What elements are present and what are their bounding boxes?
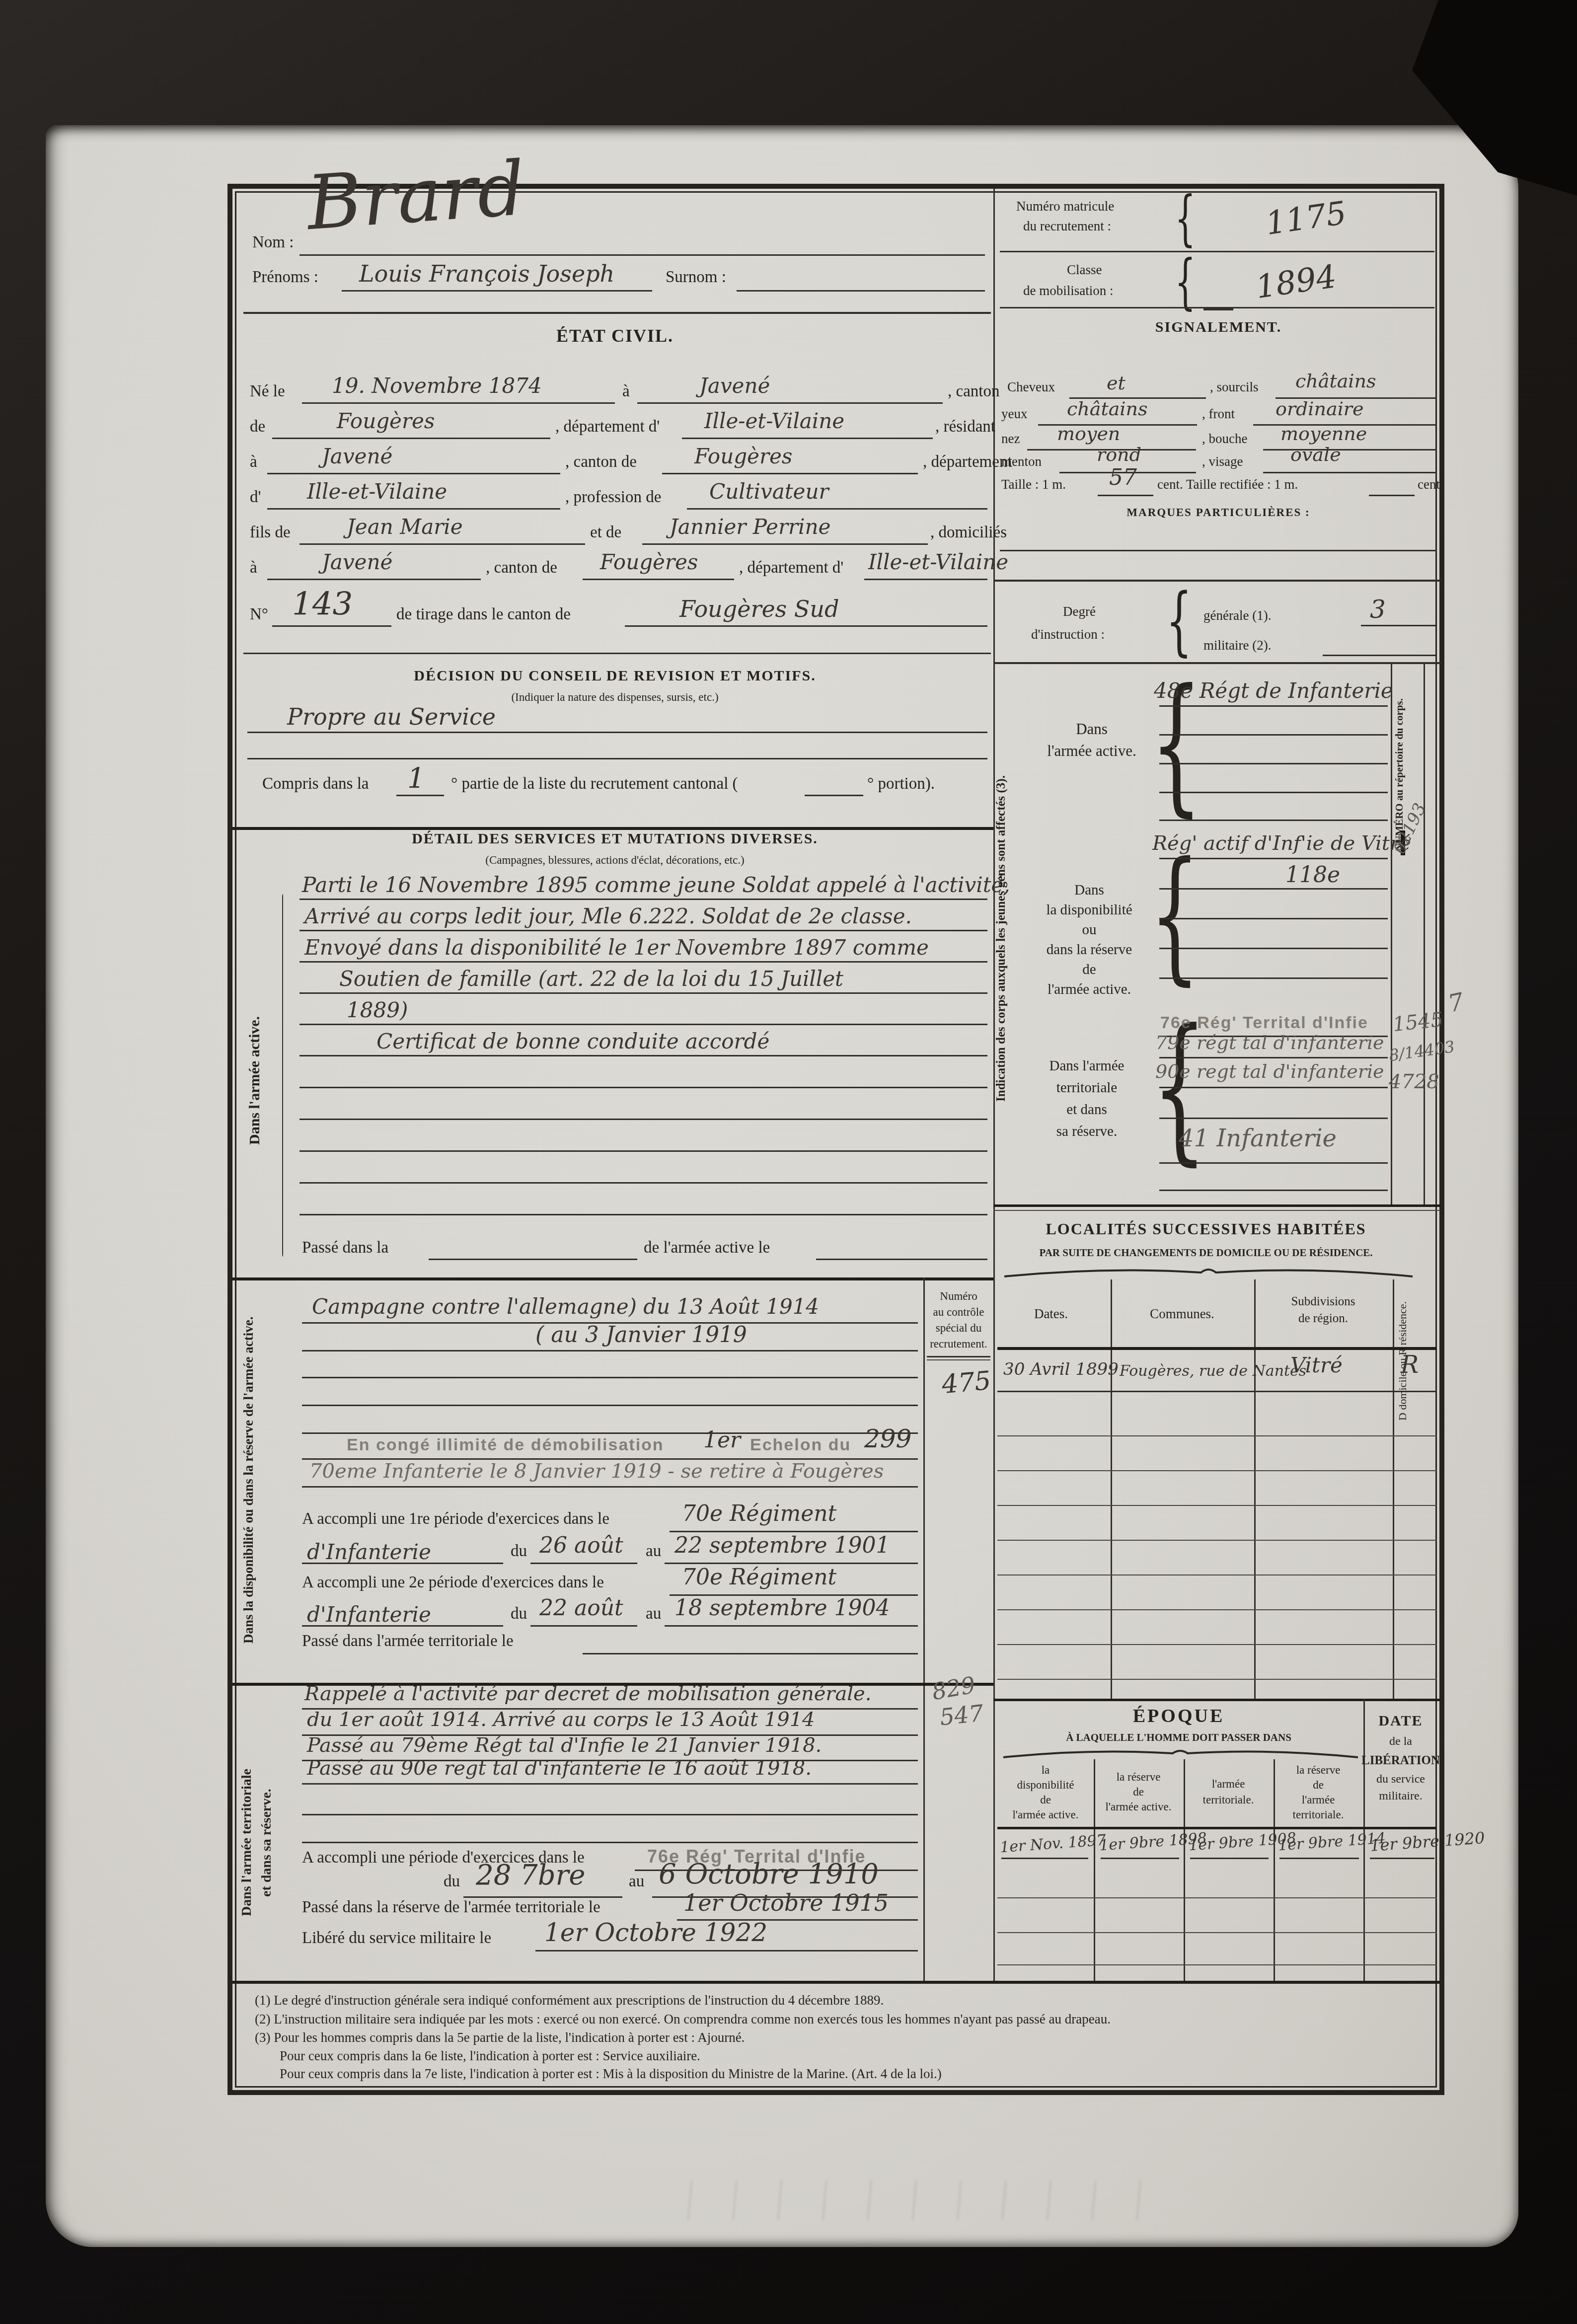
rule: [997, 1574, 1437, 1575]
table-header-rule: [997, 1347, 1437, 1350]
terr-line-4: Passé au 90e regt tal d'infanterie le 16…: [307, 1758, 812, 1778]
corps-terr-value-2: 79e régt tal d'infanterie: [1155, 1033, 1384, 1052]
epoque-col1-header: disponibilité: [1017, 1779, 1074, 1791]
label-yeux: yeux: [1001, 407, 1027, 421]
rule: [342, 290, 652, 292]
terr-line-3: Passé au 79ème Régt tal d'Infie le 21 Ja…: [307, 1735, 822, 1755]
service-line: Arrivé au corps ledit jour, Mle 6.222. S…: [304, 906, 912, 927]
value-yeux: châtains: [1067, 399, 1147, 418]
rule: [997, 1964, 1437, 1965]
label-cheveux: Cheveux: [1007, 380, 1055, 394]
rule: [997, 1505, 1437, 1506]
periode1-au: au: [646, 1543, 661, 1560]
instruction-label-1: Degré: [1063, 605, 1096, 618]
rule: [302, 1377, 918, 1378]
label-taille-rectifiee: cent. Taille rectifiée : 1 m.: [1157, 478, 1298, 491]
num-controle-label: au contrôle: [933, 1306, 984, 1318]
label-d: d': [250, 489, 261, 506]
rule: [682, 438, 933, 439]
rule: [1369, 495, 1415, 496]
rule: [267, 508, 560, 510]
rule: [1101, 1858, 1179, 1859]
date-liberation-header: DATE: [1378, 1714, 1423, 1728]
label-departement-3: , département d': [739, 560, 843, 576]
rule: [1159, 888, 1388, 890]
epoque-col1-header: l'armée active.: [1012, 1809, 1078, 1820]
rule: [243, 312, 991, 314]
value-bouche: moyenne: [1280, 424, 1367, 443]
corps-terr-label: Dans l'armée: [1050, 1059, 1125, 1073]
instruction-label-2: d'instruction :: [1031, 628, 1105, 641]
rule: [302, 1405, 918, 1406]
value-date-naissance: 19. Novembre 1874: [332, 375, 542, 396]
brace: {: [1166, 584, 1192, 659]
rule: [300, 1024, 987, 1025]
rule: [997, 1540, 1437, 1541]
generale-label: générale (1).: [1203, 609, 1271, 622]
label-canton-3: , canton de: [486, 560, 557, 576]
rule: [997, 1679, 1437, 1680]
rule: [300, 1119, 987, 1120]
overbrace-ornament: [1002, 1266, 1415, 1278]
section-separator: [232, 1277, 993, 1280]
value-departement-residence: Ille-et-Vilaine: [307, 481, 447, 502]
epoque-col1-header: la: [1042, 1764, 1050, 1776]
rule: [1159, 820, 1388, 821]
label-departement-2: , département: [923, 454, 1012, 470]
matricule-label-2: du recrutement :: [1023, 220, 1111, 233]
label-profession: , profession de: [565, 489, 661, 506]
matricule-label-1: Numéro matricule: [1016, 200, 1114, 213]
date-liberation-header: du service: [1376, 1773, 1425, 1785]
label-a3: à: [250, 560, 257, 576]
col-header-communes: Communes.: [1150, 1307, 1214, 1321]
rule: [816, 1259, 987, 1260]
echelon-value: 1er: [703, 1429, 741, 1451]
periode2-au: au: [646, 1606, 661, 1622]
rule: [267, 579, 481, 580]
signalement-title: SIGNALEMENT.: [1155, 320, 1281, 335]
militaire-label: militaire (2).: [1203, 639, 1271, 652]
service-line: Envoyé dans la disponibilité le 1er Nove…: [304, 937, 929, 958]
rule: [302, 1486, 918, 1488]
rule: [805, 795, 863, 796]
corps-terr-num-3: 4728: [1389, 1072, 1439, 1092]
rule: [463, 1896, 622, 1898]
rule: [302, 1814, 918, 1815]
rule: [1159, 705, 1388, 707]
terr-du: du: [444, 1874, 460, 1890]
rule: [1279, 1858, 1359, 1859]
date-liberation-header: LIBÉRATION: [1361, 1754, 1440, 1767]
footnote-1: (1) Le degré d'instruction générale sera…: [255, 1994, 884, 2007]
label-nez: nez: [1001, 432, 1020, 446]
periode1-infanterie: d'Infanterie: [307, 1542, 431, 1563]
value-canton-domicile: Fougères: [600, 552, 698, 573]
corps-terr-stamp: 76e Rég' Territal d'Infie: [1160, 1014, 1368, 1031]
periode1-regiment: 70e Régiment: [682, 1503, 836, 1525]
rule: [1000, 550, 1437, 551]
rule: [1159, 1087, 1388, 1088]
value-residence: Javené: [322, 446, 392, 467]
classe-label-2: de mobilisation :: [1023, 284, 1114, 298]
compris-label: Compris dans la: [262, 776, 369, 792]
reserve-terr-value: 1er Octobre 1915: [683, 1891, 889, 1914]
faint-pencil-smudge: [671, 2180, 1142, 2220]
periode2-infanterie: d'Infanterie: [307, 1604, 431, 1625]
rule: [396, 795, 444, 796]
rule: [993, 1210, 1440, 1211]
compris-label-2: ° partie de la liste du recrutement cant…: [451, 776, 738, 792]
numero-col-line: [1424, 662, 1425, 1204]
label-residant: , résidant: [935, 419, 995, 435]
rule: [300, 1055, 987, 1056]
label-a: à: [622, 383, 630, 400]
rule: [1159, 734, 1388, 736]
rule: [1000, 251, 1434, 252]
rule: [864, 579, 987, 580]
rule: [1159, 1190, 1388, 1191]
table-divider: [1094, 1759, 1095, 1981]
label-ne-le: Né le: [250, 383, 285, 400]
label-menton: menton: [1001, 455, 1042, 468]
rule: [997, 1470, 1437, 1471]
label-canton-de: , canton de: [565, 454, 637, 470]
corps-dispo-label: dans la réserve: [1047, 943, 1132, 957]
col-header-subdivisions-1: Subdivisions: [1291, 1295, 1355, 1308]
rule: [642, 543, 928, 545]
epoque-col4-header: l'armée: [1302, 1794, 1335, 1805]
overbrace-ornament: [1001, 1747, 1360, 1759]
rule: [1263, 449, 1437, 450]
terr-date-debut: 28 7bre: [476, 1862, 585, 1889]
echelon-stamp: Echelon du: [750, 1436, 851, 1453]
table-divider: [1254, 1279, 1256, 1699]
corps-terr-label: sa réserve.: [1056, 1125, 1117, 1139]
rule: [302, 1625, 503, 1627]
value-taille: 57: [1109, 467, 1137, 489]
rule: [1263, 472, 1437, 473]
label-front: , front: [1202, 407, 1235, 421]
passe-active-label-2: de l'armée active le: [644, 1240, 770, 1256]
rule: [927, 1359, 990, 1360]
rule: [300, 1150, 987, 1152]
rule: [429, 1259, 637, 1260]
value-cheveux: et: [1107, 374, 1126, 392]
corps-dispo-value-1: Rég' actif d'Inf'ie de Vitré: [1152, 833, 1411, 853]
rule: [247, 732, 987, 733]
value-lieu-naissance: Javené: [699, 375, 770, 396]
rule: [1159, 858, 1388, 859]
rule: [737, 290, 985, 292]
localites-subtitle: PAR SUITE DE CHANGEMENTS DE DOMICILE OU …: [1039, 1248, 1372, 1258]
rule: [1361, 625, 1435, 626]
rule: [272, 625, 391, 627]
rule: [1159, 977, 1388, 979]
corps-dispo-value-2: 118e: [1285, 864, 1340, 886]
services-title: DÉTAIL DES SERVICES ET MUTATIONS DIVERSE…: [412, 831, 818, 846]
rule: [302, 1563, 503, 1564]
value-profession: Cultivateur: [709, 481, 829, 502]
col-header-subdivisions-2: de région.: [1298, 1312, 1348, 1325]
decision-value: Propre au Service: [287, 705, 496, 728]
rule: [625, 625, 987, 627]
epoque-title: ÉPOQUE: [1133, 1707, 1224, 1725]
service-line: Soutien de famille (art. 22 de la loi du…: [339, 969, 843, 989]
brace: {: [1175, 252, 1196, 312]
table-divider: [1393, 1279, 1394, 1699]
label-cent: cent.: [1418, 478, 1443, 491]
terr-date-fin: 6 Octobre 1910: [659, 1861, 879, 1888]
corps-dispo-label: de: [1082, 963, 1096, 977]
retire-line: 70eme Infanterie le 8 Janvier 1919 - se …: [309, 1461, 884, 1481]
nom-value: Brard: [304, 151, 527, 241]
epoque-subtitle: À LAQUELLE L'HOMME DOIT PASSER DANS: [1066, 1732, 1291, 1743]
rule: [997, 1897, 1437, 1898]
rule: [1159, 918, 1388, 919]
rule: [302, 402, 615, 404]
brace: {: [1175, 189, 1196, 248]
compris-label-3: ° portion).: [867, 776, 935, 792]
rule: [997, 1932, 1437, 1933]
epoque-col1-header: de: [1040, 1794, 1051, 1805]
corps-terr-label: territoriale: [1056, 1081, 1117, 1095]
periode2-du: du: [511, 1606, 527, 1622]
side-label-corps: Indication des corps auxquels les jeunes…: [994, 675, 1008, 1202]
rule: [927, 1356, 990, 1357]
label-tirage: de tirage dans le canton de: [396, 606, 571, 623]
value-mere: Jannier Perrine: [670, 517, 830, 537]
prenoms-value: Louis François Joseph: [359, 262, 614, 285]
label-taille: Taille : 1 m.: [1001, 478, 1066, 491]
numero-col-line: [1391, 662, 1392, 1204]
localite-row-dr: R: [1401, 1353, 1419, 1377]
rule: [535, 1950, 918, 1951]
rule: [997, 1609, 1437, 1610]
rule: [1159, 763, 1388, 764]
dash-ornament: [1203, 308, 1233, 310]
periode2-label: A accompli une 2e période d'exercices da…: [302, 1574, 604, 1591]
value-menton: rond: [1097, 445, 1141, 464]
side-label-territoriale-1: Dans l'armée territoriale: [239, 1704, 255, 1982]
rule: [1370, 1858, 1434, 1859]
label-canton: , canton: [948, 383, 999, 400]
value-sourcils: châtains: [1295, 372, 1376, 390]
terr-line-1: Rappelé à l'activité par decret de mobil…: [304, 1684, 871, 1704]
rule: [1098, 495, 1153, 496]
passe-active-label-1: Passé dans la: [302, 1240, 388, 1256]
rule: [1159, 792, 1388, 793]
rule: [665, 1563, 918, 1564]
rule: [300, 961, 987, 963]
corps-terr-value-3: 90e regt tal d'infanterie: [1155, 1062, 1384, 1081]
margin-number-2: 547: [939, 1702, 984, 1729]
periode2-date-fin: 18 septembre 1904: [675, 1597, 890, 1619]
table-divider: [1274, 1759, 1275, 1981]
rule: [300, 1087, 987, 1088]
brace-line: [282, 894, 283, 1257]
localite-row-commune: Fougères, rue de Nantes: [1120, 1364, 1306, 1379]
side-label-disponibilite: Dans la disponibilité ou dans la réserve…: [241, 1306, 256, 1654]
echelon-number: 299: [864, 1426, 911, 1451]
epoque-col3-header: l'armée: [1212, 1778, 1245, 1790]
value-departement-domicile: Ille-et-Vilaine: [868, 552, 1008, 573]
localite-row-date: 30 Avril 1899: [1003, 1361, 1119, 1378]
epoque-col4-header: la réserve: [1296, 1764, 1341, 1776]
localites-title: LOCALITÉS SUCCESSIVES HABITÉES: [1046, 1221, 1366, 1237]
rule: [300, 992, 987, 994]
value-canton-naissance: Fougères: [337, 411, 435, 432]
rule: [1159, 1118, 1388, 1119]
rule: [267, 473, 560, 474]
footnote-4: Pour ceux compris dans la 6e liste, l'in…: [280, 2049, 700, 2063]
value-numero-tirage: 143: [292, 589, 353, 620]
rule: [300, 1214, 987, 1215]
rule: [300, 543, 585, 545]
libere-label: Libéré du service militaire le: [302, 1930, 491, 1947]
side-label-territoriale-2: et dans sa réserve.: [259, 1714, 275, 1972]
num-controle-label: Numéro: [940, 1290, 977, 1302]
rule: [1001, 1858, 1088, 1859]
matricule-form: Brard Nom : Prénoms : Louis François Jos…: [227, 184, 1444, 2095]
value-canton-tirage: Fougères Sud: [679, 598, 839, 620]
num-controle-label: spécial du: [936, 1322, 982, 1334]
rule: [302, 1842, 918, 1843]
rule: [530, 1563, 637, 1564]
rule: [530, 1625, 637, 1627]
subcolumn-divider: [923, 1277, 925, 1981]
date-liberation-header: de la: [1389, 1735, 1412, 1747]
rule: [662, 473, 918, 474]
compris-value: 1: [407, 765, 425, 793]
section-separator: [993, 1204, 1440, 1207]
corps-terr-label: et dans: [1066, 1103, 1107, 1117]
corps-terr-num-1: 1545: [1392, 1010, 1444, 1035]
decision-title: DÉCISION DU CONSEIL DE REVISION ET MOTIF…: [414, 669, 816, 683]
demobilisation-stamp: En congé illimité de démobilisation: [347, 1436, 664, 1453]
label-bouche: , bouche: [1202, 432, 1247, 446]
surnom-label: Surnom :: [666, 269, 726, 286]
value-nez: moyen: [1057, 424, 1120, 443]
num-controle-value: 475: [941, 1368, 992, 1398]
prenoms-label: Prénoms :: [252, 269, 318, 286]
terr-line-2: du 1er août 1914. Arrivé au corps le 13 …: [307, 1710, 815, 1729]
corps-dispo-label: Dans: [1074, 883, 1104, 898]
rule: [247, 758, 987, 759]
reserve-terr-label: Passé dans la réserve de l'armée territo…: [302, 1899, 601, 1916]
epoque-col2-header: de: [1133, 1786, 1144, 1798]
rule: [1159, 1162, 1388, 1164]
scanned-register-page: 7 Brard Nom : Prénoms : Louis François J…: [0, 0, 1577, 2324]
epoque-col2-header: la réserve: [1117, 1771, 1161, 1783]
value-departement-naissance: Ille-et-Vilaine: [704, 411, 844, 432]
value-front: ordinaire: [1276, 399, 1363, 418]
periode1-label: A accompli une 1re période d'exercices d…: [302, 1511, 609, 1527]
value-pere: Jean Marie: [347, 517, 463, 537]
periode1-date-debut: 26 août: [539, 1535, 623, 1557]
label-numero-tirage: N°: [250, 606, 268, 623]
etat-civil-title: ÉTAT CIVIL.: [556, 327, 674, 345]
rule: [1159, 948, 1388, 949]
nom-label: Nom :: [252, 234, 294, 251]
passe-territoriale-label: Passé dans l'armée territoriale le: [302, 1633, 514, 1649]
periode2-regiment: 70e Régiment: [682, 1567, 836, 1588]
periode1-date-fin: 22 septembre 1901: [675, 1535, 890, 1557]
label-departement: , département d': [555, 419, 660, 435]
rule: [300, 254, 985, 256]
label-domicilies: , domiciliés: [930, 525, 1007, 541]
generale-value: 3: [1370, 597, 1386, 622]
epoque-col4-header: territoriale.: [1293, 1809, 1344, 1820]
corps-active-label-2: l'armée active.: [1047, 743, 1136, 758]
rule: [1323, 655, 1435, 656]
rule: [583, 1653, 918, 1654]
rule: [997, 1391, 1437, 1392]
rule: [300, 899, 987, 900]
localite-row-subdivision: Vitré: [1290, 1355, 1343, 1376]
label-de: de: [250, 419, 265, 435]
rule: [300, 930, 987, 931]
num-controle-label: recrutement.: [930, 1338, 987, 1349]
footnote-2: (2) L'instruction militaire sera indiqué…: [255, 2013, 1111, 2026]
corps-active-label-1: Dans: [1076, 721, 1108, 737]
libere-value: 1er Octobre 1922: [544, 1920, 767, 1945]
periode1-du: du: [511, 1543, 527, 1560]
corps-active-value: 48e Régt de Infanterie: [1154, 680, 1393, 701]
rule: [272, 438, 550, 439]
campagne-line-2: ( au 3 Janvier 1919: [535, 1324, 747, 1346]
epoque-col4-header: de: [1313, 1779, 1324, 1791]
label-visage: , visage: [1202, 455, 1243, 468]
service-line: Certificat de bonne conduite accordé: [376, 1031, 769, 1052]
service-line: Parti le 16 Novembre 1895 comme jeune So…: [302, 875, 1010, 896]
label-et-de: et de: [590, 525, 621, 541]
marques-label: MARQUES PARTICULIÈRES :: [1126, 507, 1310, 518]
rule: [637, 402, 943, 404]
rule: [997, 1435, 1437, 1436]
footnote-3: (3) Pour les hommes compris dans la 5e p…: [255, 2031, 745, 2044]
campagne-line-1: Campagne contre l'allemagne) du 13 Août …: [312, 1296, 819, 1317]
side-label-armee-active: Dans l'armée active.: [246, 909, 263, 1252]
service-line: 1889): [347, 1000, 408, 1021]
footnote-5: Pour ceux compris dans la 7e liste, l'in…: [280, 2067, 942, 2081]
table-header-rule: [997, 1827, 1437, 1829]
date-liberation-header: militaire.: [1379, 1790, 1422, 1802]
table-divider: [1184, 1759, 1185, 1981]
margin-number-1: 829: [930, 1673, 977, 1704]
section-separator: [993, 1699, 1440, 1701]
rule: [687, 508, 987, 510]
rule: [302, 1783, 918, 1785]
rule: [670, 1531, 918, 1532]
rule: [1159, 1057, 1388, 1058]
value-canton-residence: Fougères: [694, 446, 792, 467]
label-a2: à: [250, 454, 257, 470]
rule: [997, 1644, 1437, 1645]
corps-terr-value-4: 41 Infanterie: [1179, 1126, 1337, 1150]
brace: {: [1150, 843, 1200, 987]
rule: [665, 1625, 918, 1627]
corps-dispo-label: ou: [1082, 923, 1097, 937]
rule: [302, 1432, 918, 1434]
rule: [243, 653, 991, 654]
rule: [300, 1182, 987, 1184]
footnotes-rule: [232, 1981, 1440, 1984]
col-header-dates: Dates.: [1034, 1307, 1068, 1321]
value-domicile: Javené: [322, 552, 392, 573]
decision-subtitle: (Indiquer la nature des dispenses, sursi…: [511, 691, 718, 703]
periode2-date-debut: 22 août: [539, 1597, 623, 1619]
